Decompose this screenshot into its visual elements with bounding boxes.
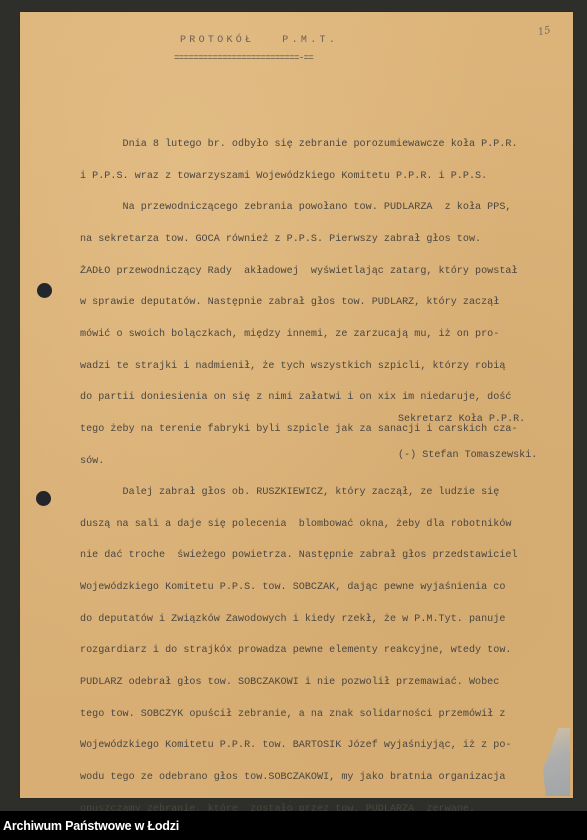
punch-hole-icon <box>36 491 51 506</box>
body-line: i P.P.S. wraz z towarzyszami Wojewódzkie… <box>80 172 580 183</box>
body-line: do deputatów i Związków Zawodowych i kie… <box>80 615 580 626</box>
body-line: wadzi te strajki i nadmienił, że tych ws… <box>80 362 580 373</box>
body-line: Dalej zabrał głos ob. RUSZKIEWICZ, który… <box>80 488 580 499</box>
body-line: tego tow. SOBCZYK opuścił zebranie, a na… <box>80 710 580 721</box>
signature-block: Sekretarz Koła P.P.R. (-) Stefan Tomasze… <box>398 390 537 474</box>
title-underline: ==========================-== <box>174 55 313 61</box>
archive-name: Archiwum Państwowe w Łodzi <box>3 819 179 833</box>
signature-role: Sekretarz Koła P.P.R. <box>398 414 537 426</box>
body-line: nie dać troche świeżego powietrza. Nastę… <box>80 551 580 562</box>
body-line: Na przewodniczącego zebrania powołano to… <box>80 203 580 214</box>
body-line: Wojewódzkiego Komitetu P.P.R. tow. BARTO… <box>80 741 580 752</box>
archive-footer: Archiwum Państwowe w Łodzi <box>0 811 587 840</box>
body-line: PUDLARZ odebrał głos tow. SOBCZAKOWI i n… <box>80 678 580 689</box>
body-line: na sekretarza tow. GOCA również z P.P.S.… <box>80 235 580 246</box>
body-line: ŻADŁO przewodniczący Rady akładowej wyśw… <box>80 267 580 278</box>
body-line: Wojewódzkiego Komitetu P.P.S. tow. SOBCZ… <box>80 583 580 594</box>
signature-name: (-) Stefan Tomaszewski. <box>398 450 537 462</box>
body-line: duszą na sali a daje się polecenia blomb… <box>80 520 580 531</box>
body-line: rozgardiarz i do strajkóx prowadza pewne… <box>80 646 580 657</box>
body-line: mówić o swoich bolączkach, między innemi… <box>80 330 580 341</box>
body-line: w sprawie deputatów. Następnie zabrał gł… <box>80 298 580 309</box>
body-line: Dnia 8 lutego br. odbyło się zebranie po… <box>80 140 580 151</box>
document-title: PROTOKÓŁ P.M.T. <box>180 35 338 46</box>
body-line: wodu tego ze odebrano głos tow.SOBCZAKOW… <box>80 773 580 784</box>
punch-hole-icon <box>37 283 52 298</box>
